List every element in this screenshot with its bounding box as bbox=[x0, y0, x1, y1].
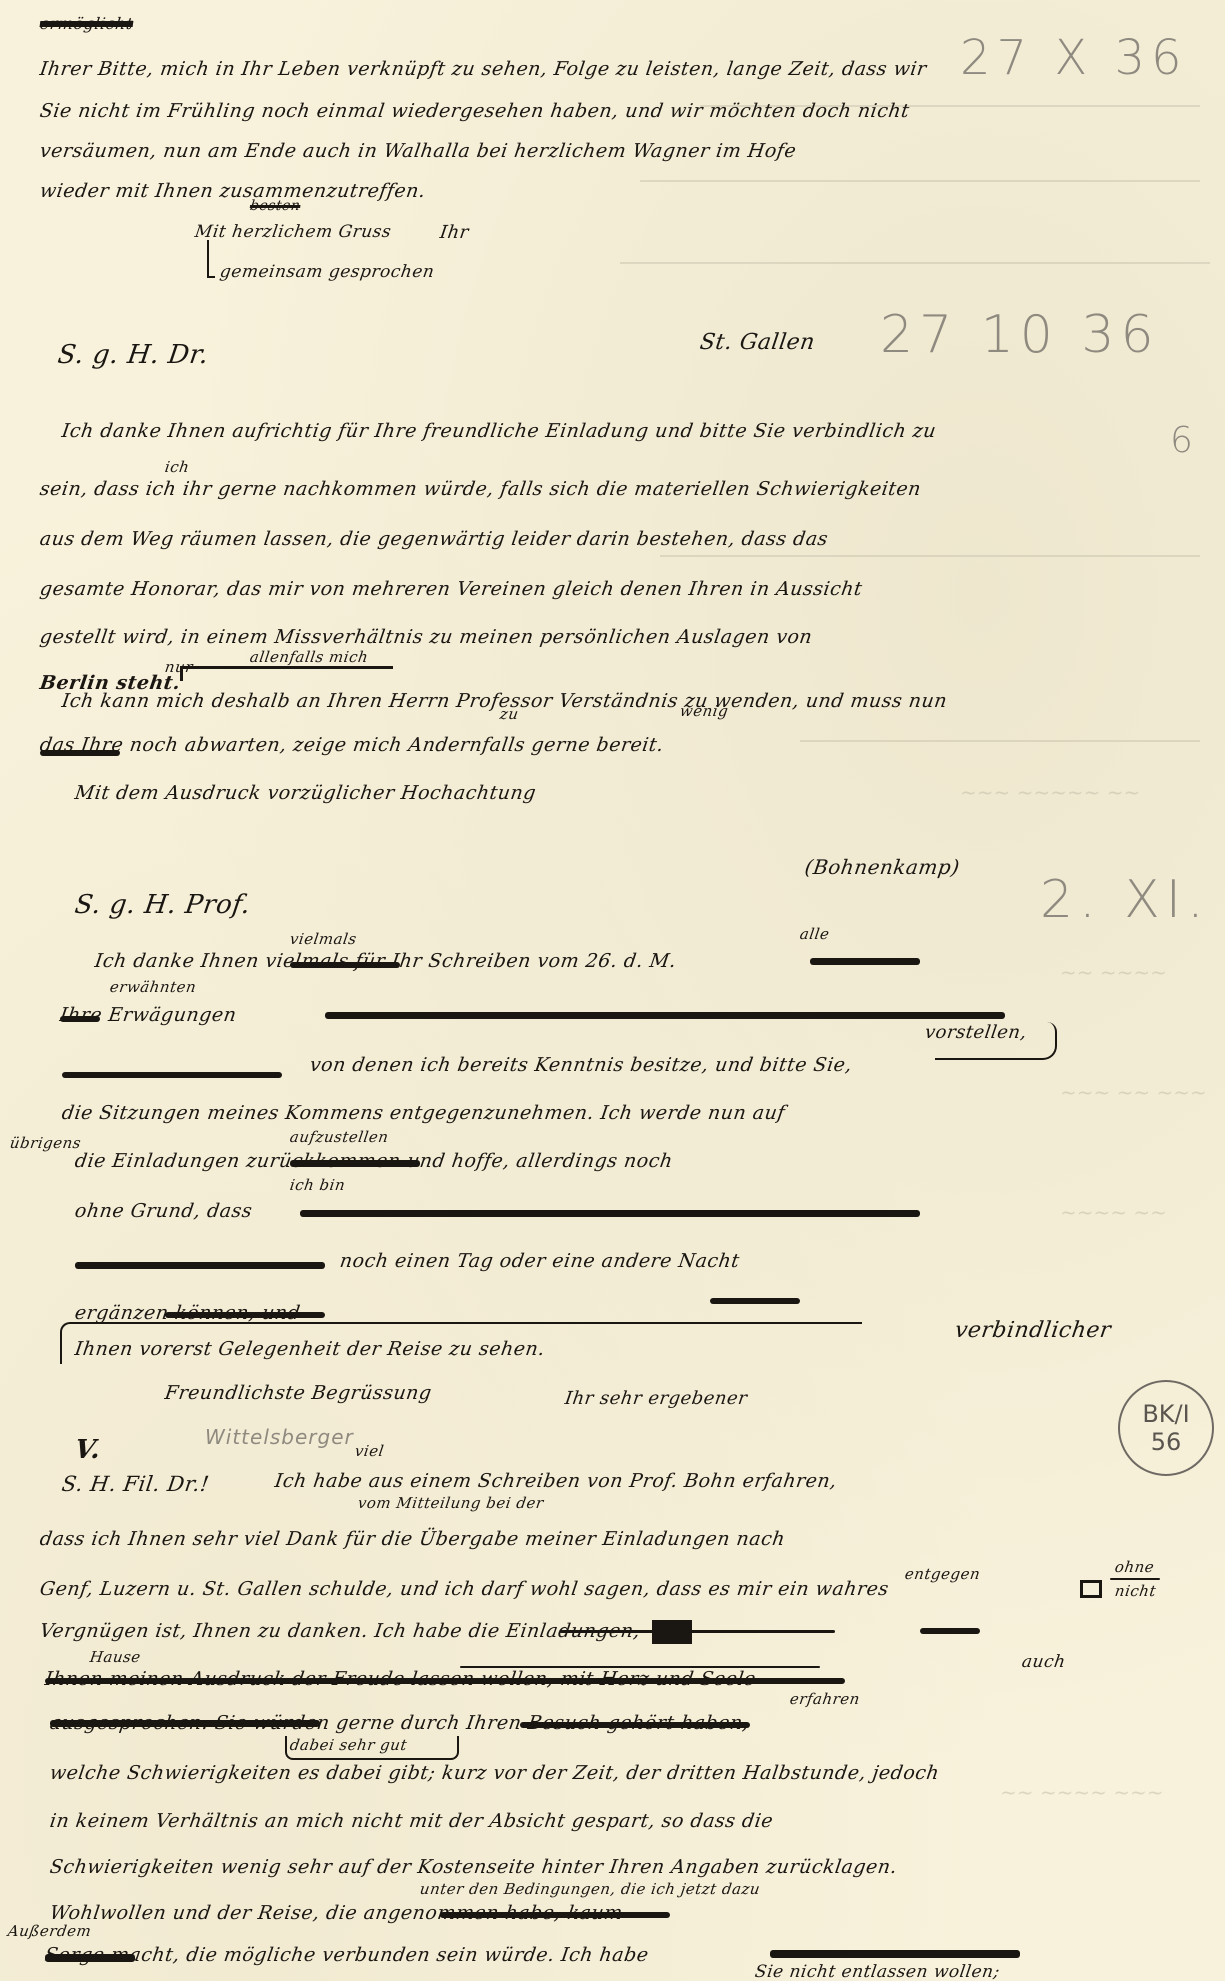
pencil-date-top: 27 X 36 bbox=[960, 30, 1188, 86]
bleed-rule bbox=[660, 555, 1200, 557]
draft2-line: gesamte Honorar, das mir von mehreren Ve… bbox=[38, 578, 863, 600]
draft2-place: St. Gallen bbox=[698, 330, 816, 355]
draft2-line: Ich danke Ihnen aufrichtig für Ihre freu… bbox=[60, 420, 937, 442]
margin-fraction-top: ohne bbox=[1114, 1558, 1156, 1576]
draft3-line: die Sitzungen meines Kommens entgegenzun… bbox=[60, 1102, 786, 1124]
margin-fraction-bottom: nicht bbox=[1114, 1582, 1158, 1600]
draft3-line: von denen ich bereits Kenntnis besitze, … bbox=[308, 1054, 853, 1076]
bleed-text: ~~ ~~~~ ~~~ bbox=[1000, 1780, 1164, 1804]
bleed-text: ~~~~ ~~ bbox=[1060, 1200, 1167, 1224]
draft4-insert: unter den Bedingungen, die ich jetzt daz… bbox=[419, 1880, 762, 1898]
draft2-insert: allenfalls mich bbox=[249, 648, 370, 666]
strike-bar bbox=[165, 1312, 325, 1318]
stamp-line-2: 56 bbox=[1151, 1428, 1182, 1456]
draft4-line: Sie nicht entlassen wollen; bbox=[754, 1962, 1002, 1981]
strike-bar bbox=[810, 958, 920, 965]
draft4-insert: entgegen bbox=[904, 1565, 982, 1583]
closing-greeting: Mit herzlichem Gruss bbox=[194, 222, 393, 242]
strike-bar bbox=[920, 1628, 980, 1634]
archive-stamp: BK/I 56 bbox=[1118, 1380, 1214, 1476]
draft3-closing: Freundlichste Begrüssung bbox=[163, 1382, 433, 1404]
strike-bar bbox=[290, 1160, 420, 1167]
draft2-line: sein, dass ich ihr gerne nachkommen würd… bbox=[38, 478, 922, 500]
draft2-salutation: S. g. H. Dr. bbox=[56, 340, 211, 370]
bleed-text: ~~~ ~~ ~~~ bbox=[1060, 1080, 1207, 1104]
bleed-rule bbox=[620, 262, 1210, 264]
draft2-line: aus dem Weg räumen lassen, die gegenwärt… bbox=[38, 528, 829, 550]
insert-bracket bbox=[935, 1022, 1057, 1060]
draft3-insert: vielmals bbox=[289, 930, 358, 948]
strike-bar bbox=[75, 1262, 325, 1269]
draft4-insert: Hause bbox=[89, 1648, 142, 1666]
strike-bar bbox=[45, 1678, 845, 1684]
fraction-rule bbox=[1110, 1578, 1160, 1580]
draft4-line: in keinem Verhältnis an mich nicht mit d… bbox=[48, 1810, 774, 1832]
draft2-insert: ich bbox=[164, 458, 191, 476]
draft4-line: Ich habe aus einem Schreiben von Prof. B… bbox=[273, 1470, 838, 1492]
pencil-date-second: 27 10 36 bbox=[880, 305, 1160, 365]
draft3-insert: alle bbox=[799, 925, 831, 943]
closing-sub: gemeinsam gesprochen bbox=[219, 262, 436, 282]
draft3-line: Ich danke Ihnen vielmals für Ihr Schreib… bbox=[93, 950, 677, 972]
draft4-insert: vom Mitteilung bei der bbox=[357, 1494, 545, 1512]
draft4-line: Schwierigkeiten wenig sehr auf der Koste… bbox=[48, 1856, 898, 1878]
draft3-salutation: S. g. H. Prof. bbox=[73, 890, 253, 920]
strike-bar bbox=[440, 1912, 670, 1918]
draft4-pencil-note: Wittelsberger bbox=[205, 1425, 354, 1449]
draft3-line: Ihre Erwägungen bbox=[58, 1004, 238, 1026]
strike-bar bbox=[520, 1722, 750, 1728]
draft3-line: ohne Grund, dass bbox=[73, 1200, 253, 1222]
draft3-recipient-note: (Bohnenkamp) bbox=[803, 855, 961, 879]
draft1-line: Sie nicht im Frühling noch einmal wieder… bbox=[38, 100, 910, 122]
draft4-insert: viel bbox=[354, 1442, 385, 1460]
closing-bracket bbox=[207, 240, 215, 278]
draft3-right-word: verbindlicher bbox=[953, 1318, 1112, 1343]
draft3-insert: erwähnten bbox=[109, 978, 198, 996]
stamp-line-1: BK/I bbox=[1142, 1400, 1189, 1428]
bleed-rule bbox=[800, 740, 1200, 742]
closing-struck: besten bbox=[249, 198, 302, 214]
draft2-line: das Ihre noch abwarten, zeige mich Ander… bbox=[38, 734, 665, 756]
draft2-line: gestellt wird, in einem Missverhältnis z… bbox=[38, 626, 813, 648]
bleed-text: ~~ ~~~~ bbox=[1060, 960, 1167, 984]
pencil-margin-number: 6 bbox=[1170, 420, 1199, 461]
strike-bar bbox=[60, 1016, 100, 1022]
draft3-line: Ihnen vorerst Gelegenheit der Reise zu s… bbox=[73, 1338, 546, 1360]
strike-bar bbox=[290, 962, 400, 968]
insert-bracket bbox=[285, 1736, 459, 1760]
margin-mark bbox=[1080, 1580, 1102, 1598]
underline bbox=[460, 1666, 820, 1668]
pencil-date-third: 2. XI. 3 bbox=[1040, 870, 1225, 930]
strike-bar bbox=[710, 1298, 800, 1304]
draft3-closing-2: Ihr sehr ergebener bbox=[564, 1388, 749, 1409]
draft4-insert: erfahren bbox=[789, 1690, 861, 1708]
draft2-closing: Mit dem Ausdruck vorzüglicher Hochachtun… bbox=[73, 782, 537, 804]
strike-bar bbox=[62, 1072, 282, 1078]
draft4-line: dass ich Ihnen sehr viel Dank für die Üb… bbox=[38, 1528, 786, 1550]
manuscript-page: ~~~ ~~~~~ ~~ ~~ ~~~~ ~~~ ~~ ~~~ ~~~~ ~~ … bbox=[0, 0, 1225, 1981]
closing-signature: Ihr bbox=[439, 222, 471, 243]
draft4-margin-insert: Außerdem bbox=[7, 1922, 93, 1940]
draft1-line: wieder mit Ihnen zusammenzutreffen. bbox=[38, 180, 427, 202]
strike-bar bbox=[770, 1950, 1020, 1958]
bleed-rule bbox=[640, 180, 1200, 182]
draft4-line: welche Schwierigkeiten es dabei gibt; ku… bbox=[48, 1762, 940, 1784]
strike-line bbox=[560, 1630, 835, 1633]
draft4-line: Vergnügen ist, Ihnen zu danken. Ich habe… bbox=[38, 1620, 641, 1642]
margin-word: auch bbox=[1021, 1652, 1067, 1672]
draft4-line: Genf, Luzern u. St. Gallen schulde, und … bbox=[38, 1578, 890, 1600]
strike-bar bbox=[325, 1012, 1005, 1019]
insert-bracket bbox=[180, 666, 393, 681]
draft3-insert: aufzustellen bbox=[289, 1128, 390, 1146]
draft4-numeral: V. bbox=[73, 1435, 103, 1465]
closing-part: Mit herzlichem Gruss bbox=[194, 222, 393, 242]
draft1-line: Ihrer Bitte, mich in Ihr Leben verknüpft… bbox=[38, 58, 928, 80]
strike-bar bbox=[40, 750, 120, 756]
draft3-line: noch einen Tag oder eine andere Nacht bbox=[338, 1250, 741, 1272]
draft1-line: versäumen, nun am Ende auch in Walhalla … bbox=[38, 140, 797, 162]
draft4-salutation: S. H. Fil. Dr.! bbox=[60, 1472, 211, 1496]
draft2-insert: zu bbox=[499, 705, 520, 723]
strike-bar bbox=[300, 1210, 920, 1217]
bleed-text: ~~~ ~~~~~ ~~ bbox=[960, 780, 1140, 804]
strike-bar bbox=[45, 1954, 135, 1962]
draft3-insert: ich bin bbox=[289, 1176, 347, 1194]
draft3-margin-insert: übrigens bbox=[9, 1134, 83, 1152]
struck-word: ermöglicht bbox=[39, 14, 135, 33]
strike-bar bbox=[50, 1720, 320, 1727]
draft2-insert: wenig bbox=[679, 702, 730, 720]
